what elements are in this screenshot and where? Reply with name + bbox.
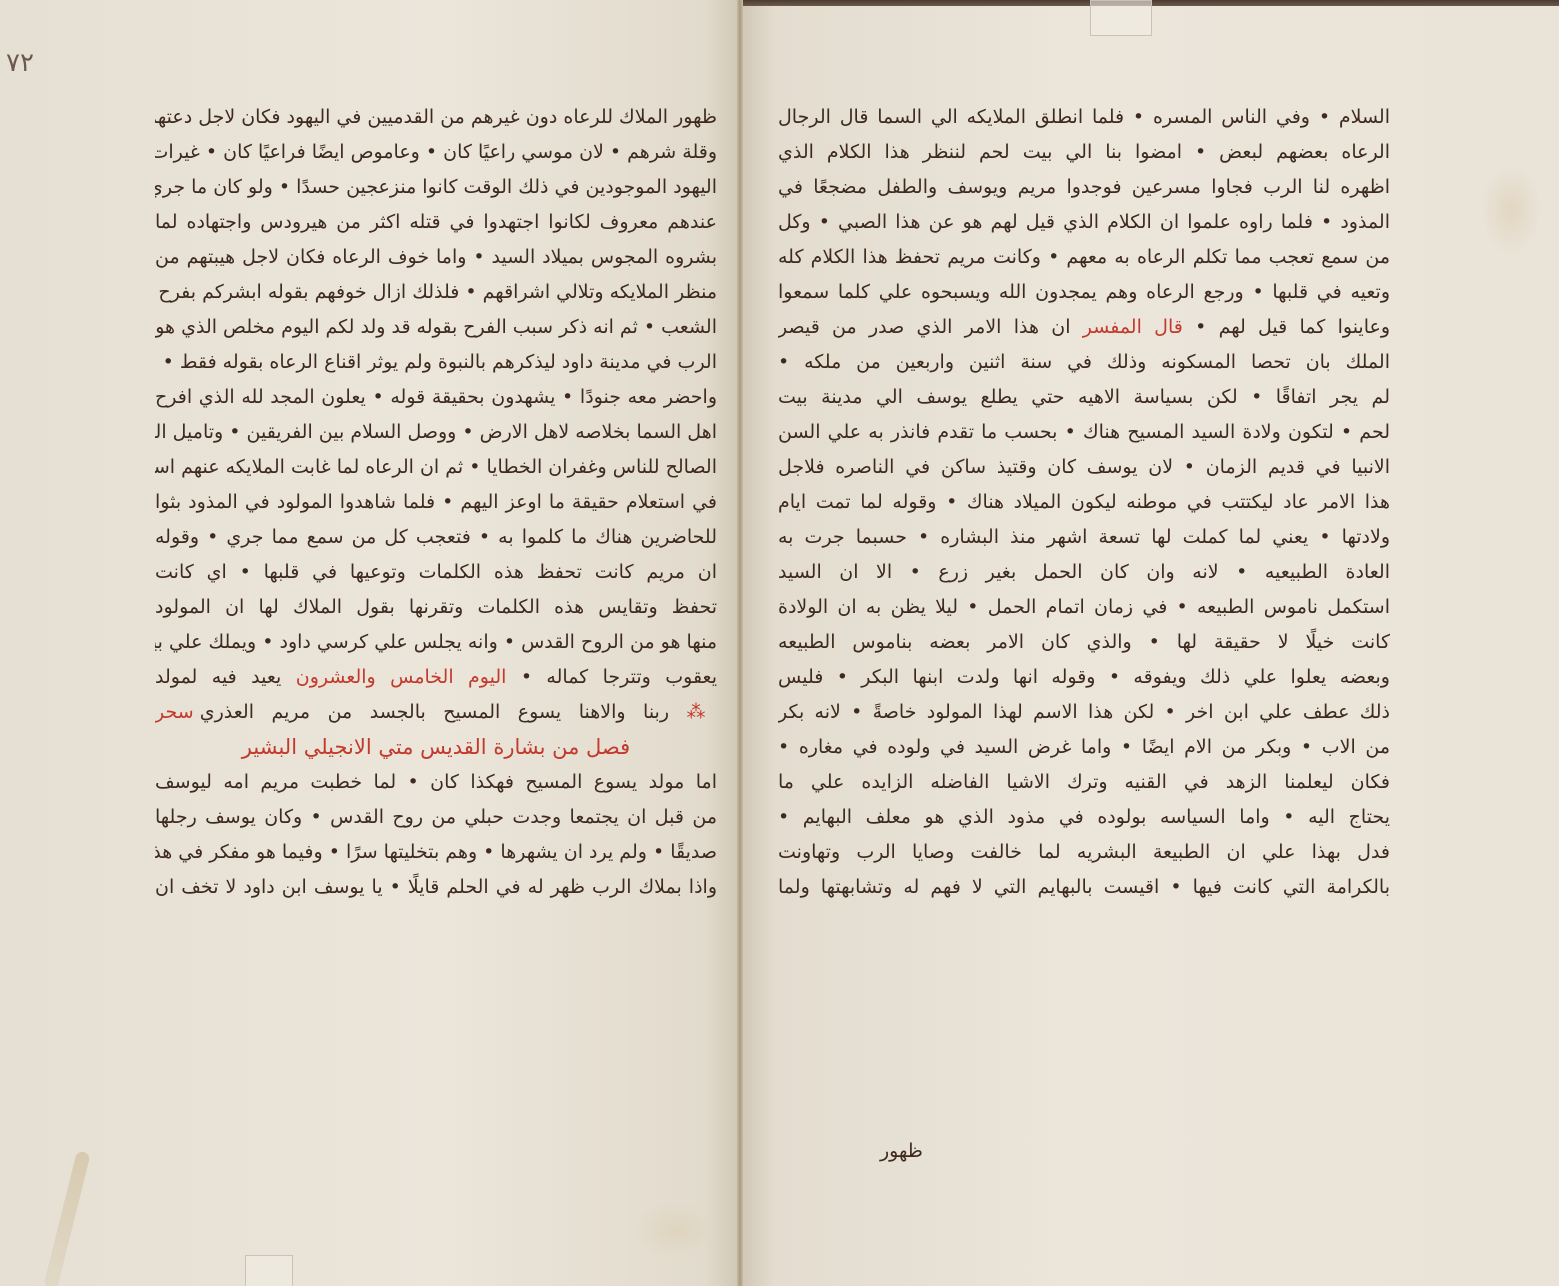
text-line: عندهم معروف لكانوا اجتهدوا في قتله اكثر …: [155, 205, 717, 240]
catchword: ظهور: [880, 1140, 923, 1162]
rubric-dawn: سحر: [155, 701, 194, 723]
text-line: العادة الطبيعيه • لانه وان كان الحمل بغي…: [778, 555, 1390, 590]
text-line: في استعلام حقيقة ما اوعز اليهم • فلما شا…: [155, 485, 717, 520]
text-line: ان مريم كانت تحفظ هذه الكلمات وتوعيها في…: [155, 555, 717, 590]
text-line: لم يجر اتفاقًا • لكن بسياسة الاهيه حتي ي…: [778, 380, 1390, 415]
text-segment: ان هذا الامر الذي صدر من قيصر: [778, 316, 1071, 338]
paper-tab-top: [1090, 0, 1152, 36]
folio-number: ٧٢: [6, 48, 34, 78]
text-line: يحتاج اليه • واما السياسه بولوده في مذود…: [778, 800, 1390, 835]
text-line: وبعضه يعلوا علي ذلك ويفوقه • وقوله انها …: [778, 660, 1390, 695]
text-line: اما مولد يسوع المسيح فهكذا كان • لما خطب…: [155, 765, 717, 800]
gutter-fold: [737, 0, 743, 1286]
text-line: السلام • وفي الناس المسره • فلما انطلق ا…: [778, 100, 1390, 135]
text-line: من سمع تعجب مما تكلم الرعاه به معهم • وك…: [778, 240, 1390, 275]
text-line: ذلك عطف علي ابن اخر • لكن هذا الاسم لهذا…: [778, 695, 1390, 730]
text-line: منها هو من الروح القدس • وانه يجلس علي ك…: [155, 625, 717, 660]
text-line: اليهود الموجودين في ذلك الوقت كانوا منزع…: [155, 170, 717, 205]
text-line: بشروه المجوس بميلاد السيد • واما خوف الر…: [155, 240, 717, 275]
text-line: ولادتها • يعني لما كملت لها تسعة اشهر من…: [778, 520, 1390, 555]
text-line: بالكرامة التي كانت فيها • اقيست بالبهايم…: [778, 870, 1390, 905]
text-line: اهل السما بخلاصه لاهل الارض • ووصل السلا…: [155, 415, 717, 450]
text-line: للحاضرين هناك ما كلموا به • فتعجب كل من …: [155, 520, 717, 555]
text-segment: يعقوب وتترجا كماله •: [521, 666, 717, 688]
rubric-feast-day: اليوم الخامس والعشرون: [296, 666, 507, 688]
right-page-text: السلام • وفي الناس المسره • فلما انطلق ا…: [778, 100, 1390, 905]
text-line: الرعاه بعضهم لبعض • امضوا بنا الي بيت لح…: [778, 135, 1390, 170]
text-line: واحضر معه جنودًا • يشهدون بحقيقة قوله • …: [155, 380, 717, 415]
left-page-text: ظهور الملاك للرعاه دون غيرهم من القدميين…: [155, 100, 717, 905]
text-line: الملك بان تحصا المسكونه وذلك في سنة اثني…: [778, 345, 1390, 380]
text-segment: يعيد فيه لمولد: [155, 666, 281, 688]
text-line: اظهره لنا الرب فجاوا مسرعين فوجدوا مريم …: [778, 170, 1390, 205]
text-line-with-rubric: ⁂ ربنا والاهنا يسوع المسيح بالجسد من مري…: [155, 695, 717, 730]
text-line: واذا بملاك الرب ظهر له في الحلم قايلًا •…: [155, 870, 717, 905]
rubric-commentator: قال المفسر: [1083, 316, 1183, 338]
rubric-mark-icon: ⁂: [687, 701, 717, 723]
text-line: تحفظ وتقايس هذه الكلمات وتقرنها بقول الم…: [155, 590, 717, 625]
text-line: من قبل ان يجتمعا وجدت حبلي من روح القدس …: [155, 800, 717, 835]
text-line: الانبيا في قديم الزمان • لان يوسف كان وق…: [778, 450, 1390, 485]
text-line: المذود • فلما راوه علموا ان الكلام الذي …: [778, 205, 1390, 240]
text-line: هذا الامر عاد ليكتتب في موطنه ليكون المي…: [778, 485, 1390, 520]
text-line: وقلة شرهم • لان موسي راعيًا كان • وعاموص…: [155, 135, 717, 170]
text-segment: ربنا والاهنا يسوع المسيح بالجسد من مريم …: [200, 701, 669, 723]
text-segment: وعاينوا كما قيل لهم •: [1195, 316, 1390, 338]
text-line-with-rubric: يعقوب وتترجا كماله • اليوم الخامس والعشر…: [155, 660, 717, 695]
text-line: فدل بهذا علي ان الطبيعة البشريه لما خالف…: [778, 835, 1390, 870]
text-line: الصالح للناس وغفران الخطايا • ثم ان الرع…: [155, 450, 717, 485]
text-line: كانت خيلًا لا حقيقة لها • والذي كان الام…: [778, 625, 1390, 660]
text-line-with-rubric: وعاينوا كما قيل لهم • قال المفسر ان هذا …: [778, 310, 1390, 345]
section-heading: فصل من بشارة القديس متي الانجيلي البشير: [155, 730, 717, 765]
paper-tab-bottom: [245, 1255, 293, 1286]
text-line: استكمل ناموس الطبيعه • في زمان اتمام الح…: [778, 590, 1390, 625]
text-line: لحم • لتكون ولادة السيد المسيح هناك • بح…: [778, 415, 1390, 450]
text-line: ظهور الملاك للرعاه دون غيرهم من القدميين…: [155, 100, 717, 135]
text-line: الشعب • ثم انه ذكر سبب الفرح بقوله قد ول…: [155, 310, 717, 345]
text-line: الرب في مدينة داود ليذكرهم بالنبوة ولم ي…: [155, 345, 717, 380]
text-line: صديقًا • ولم يرد ان يشهرها • وهم بتخليته…: [155, 835, 717, 870]
text-line: فكان ليعلمنا الزهد في القنيه وترك الاشيا…: [778, 765, 1390, 800]
text-line: من الاب • وبكر من الام ايضًا • واما غرض …: [778, 730, 1390, 765]
manuscript-spread: ٧٢ ظهور الملاك للرعاه دون غيرهم من القدم…: [0, 0, 1559, 1286]
text-line: منظر الملايكه وتلالي اشراقهم • فلذلك ازا…: [155, 275, 717, 310]
text-line: وتعيه في قلبها • ورجع الرعاه وهم يمجدون …: [778, 275, 1390, 310]
